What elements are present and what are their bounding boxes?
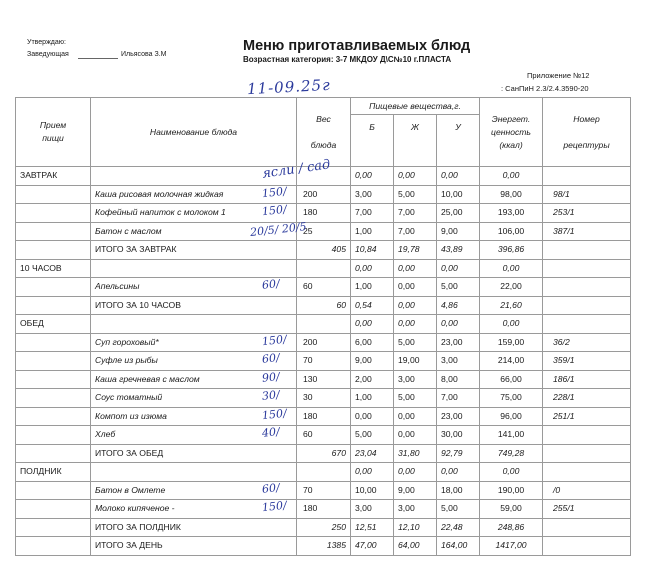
recipe-cell [543,315,631,334]
sanpin-label: : СанПиН 2.3/2.4.3590-20 [501,84,589,93]
table-row: Батон в Омлете7010,009,0018,00190,00/0 [16,481,631,500]
weight-cell: 130 [297,370,351,389]
carbs-cell: 9,00 [437,222,480,241]
header-fat: Ж [394,115,437,167]
weight-cell: 670 [297,444,351,463]
fat-cell: 0,00 [394,296,437,315]
carbs-cell: 164,00 [437,537,480,556]
meal-cell [16,426,91,445]
protein-cell: 2,00 [351,370,394,389]
protein-cell: 47,00 [351,537,394,556]
recipe-cell: /0 [543,481,631,500]
handwritten-portion-note: 60/ [261,481,280,496]
carbs-cell: 23,00 [437,407,480,426]
protein-cell: 10,84 [351,241,394,260]
meal-cell: 10 ЧАСОВ [16,259,91,278]
table-row: Молоко кипяченое -1803,003,005,0059,0025… [16,500,631,519]
fat-cell: 3,00 [394,500,437,519]
fat-cell: 0,00 [394,259,437,278]
meal-cell [16,370,91,389]
handwritten-portion-note: 60/ [261,277,280,292]
energy-cell: 749,28 [480,444,543,463]
meal-cell [16,352,91,371]
weight-cell [297,463,351,482]
carbs-cell: 0,00 [437,463,480,482]
protein-cell: 23,04 [351,444,394,463]
carbs-cell: 3,00 [437,352,480,371]
fat-cell: 0,00 [394,426,437,445]
recipe-cell: 228/1 [543,389,631,408]
handwritten-portion-note: 30/ [261,388,280,403]
fat-cell: 9,00 [394,481,437,500]
recipe-cell [543,241,631,260]
protein-cell: 0,54 [351,296,394,315]
energy-cell: 98,00 [480,185,543,204]
table-row: Соус томатный301,005,007,0075,00228/1 [16,389,631,408]
carbs-cell: 8,00 [437,370,480,389]
carbs-cell: 4,86 [437,296,480,315]
header-weight: Вес блюда [297,98,351,167]
meal-cell: ЗАВТРАК [16,167,91,186]
approval-label: Утверждаю: [27,39,66,46]
energy-cell: 396,86 [480,241,543,260]
meal-cell [16,241,91,260]
section-row: 10 ЧАСОВ0,000,000,000,00 [16,259,631,278]
recipe-cell [543,444,631,463]
header-recipe: Номер рецептуры [543,98,631,167]
recipe-cell: 253/1 [543,204,631,223]
recipe-cell: 251/1 [543,407,631,426]
table-row: Компот из изюма1800,000,0023,0096,00251/… [16,407,631,426]
energy-cell: 0,00 [480,167,543,186]
recipe-cell: 255/1 [543,500,631,519]
handwritten-portion-note: 150/ [261,333,287,349]
energy-cell: 22,00 [480,278,543,297]
table-row: Каша гречневая с маслом1302,003,008,0066… [16,370,631,389]
handwritten-portion-note: 150/ [261,407,287,423]
fat-cell: 3,00 [394,370,437,389]
meal-cell [16,518,91,537]
header-protein: Б [351,115,394,167]
section-row: ПОЛДНИК0,000,000,000,00 [16,463,631,482]
total-row: ИТОГО ЗА 10 ЧАСОВ600,540,004,8621,60 [16,296,631,315]
document-title: Меню приготавливаемых блюд [243,38,470,54]
handwritten-portion-note: 90/ [261,370,280,385]
header-meal: Прием пищи [16,98,91,167]
protein-cell: 3,00 [351,185,394,204]
protein-cell: 1,00 [351,222,394,241]
energy-cell: 0,00 [480,315,543,334]
weight-cell: 180 [297,500,351,519]
energy-cell: 21,60 [480,296,543,315]
fat-cell: 7,00 [394,204,437,223]
header-nutrients: Пищевые вещества,г. [351,98,480,115]
energy-cell: 96,00 [480,407,543,426]
handwritten-portion-note: 40/ [261,425,280,440]
meal-cell [16,481,91,500]
carbs-cell: 7,00 [437,389,480,408]
fat-cell: 0,00 [394,278,437,297]
dish-name-cell: ИТОГО ЗА 10 ЧАСОВ [91,296,297,315]
fat-cell: 0,00 [394,407,437,426]
fat-cell: 0,00 [394,167,437,186]
weight-cell: 30 [297,389,351,408]
energy-cell: 214,00 [480,352,543,371]
carbs-cell: 18,00 [437,481,480,500]
energy-cell: 66,00 [480,370,543,389]
protein-cell: 0,00 [351,407,394,426]
table-row: Суп гороховый*2006,005,0023,00159,0036/2 [16,333,631,352]
weight-cell: 60 [297,296,351,315]
protein-cell: 6,00 [351,333,394,352]
recipe-cell [543,296,631,315]
weight-cell: 70 [297,481,351,500]
weight-cell: 405 [297,241,351,260]
total-row: ИТОГО ЗА ПОЛДНИК25012,5112,1022,48248,86 [16,518,631,537]
protein-cell: 0,00 [351,463,394,482]
fat-cell: 0,00 [394,463,437,482]
document-subtitle: Возрастная категория: 3-7 МКДОУ Д\С№10 г… [243,55,451,64]
carbs-cell: 43,89 [437,241,480,260]
protein-cell: 0,00 [351,259,394,278]
appendix-label: Приложение №12 [527,71,589,80]
energy-cell: 248,86 [480,518,543,537]
head-name: Ильясова З.М [121,51,167,58]
meal-cell [16,537,91,556]
header-dish: Наименование блюда [91,98,297,167]
protein-cell: 1,00 [351,278,394,297]
carbs-cell: 5,00 [437,278,480,297]
signature-line [78,58,118,59]
carbs-cell: 0,00 [437,259,480,278]
meal-cell [16,407,91,426]
energy-cell: 193,00 [480,204,543,223]
protein-cell: 3,00 [351,500,394,519]
carbs-cell: 0,00 [437,315,480,334]
meal-cell [16,204,91,223]
carbs-cell: 25,00 [437,204,480,223]
weight-cell: 60 [297,426,351,445]
total-row: ИТОГО ЗА ОБЕД67023,0431,8092,79749,28 [16,444,631,463]
energy-cell: 141,00 [480,426,543,445]
recipe-cell: 98/1 [543,185,631,204]
meal-cell [16,222,91,241]
weight-cell: 60 [297,278,351,297]
fat-cell: 19,78 [394,241,437,260]
dish-name-cell: ИТОГО ЗА ПОЛДНИК [91,518,297,537]
protein-cell: 1,00 [351,389,394,408]
protein-cell: 7,00 [351,204,394,223]
energy-cell: 190,00 [480,481,543,500]
protein-cell: 9,00 [351,352,394,371]
meal-cell [16,389,91,408]
energy-cell: 0,00 [480,259,543,278]
meal-cell [16,185,91,204]
weight-cell: 200 [297,185,351,204]
weight-cell: 1385 [297,537,351,556]
recipe-cell: 387/1 [543,222,631,241]
meal-cell [16,333,91,352]
header-energy: Энергет. ценность (ккал) [480,98,543,167]
recipe-cell [543,259,631,278]
meal-cell: ПОЛДНИК [16,463,91,482]
weight-cell [297,259,351,278]
energy-cell: 75,00 [480,389,543,408]
weight-cell: 70 [297,352,351,371]
weight-cell: 250 [297,518,351,537]
fat-cell: 5,00 [394,333,437,352]
meal-cell: ОБЕД [16,315,91,334]
protein-cell: 10,00 [351,481,394,500]
handwritten-portion-note: 60/ [261,351,280,366]
energy-cell: 59,00 [480,500,543,519]
protein-cell: 5,00 [351,426,394,445]
weight-cell [297,315,351,334]
meal-cell [16,296,91,315]
recipe-cell [543,537,631,556]
energy-cell: 0,00 [480,463,543,482]
carbs-cell: 23,00 [437,333,480,352]
table-row: Хлеб605,000,0030,00141,00 [16,426,631,445]
dish-name-cell [91,259,297,278]
total-row: ИТОГО ЗА ДЕНЬ138547,0064,00164,001417,00 [16,537,631,556]
dish-name-cell: ИТОГО ЗА ЗАВТРАК [91,241,297,260]
recipe-cell [543,278,631,297]
fat-cell: 31,80 [394,444,437,463]
table-row: Каша рисовая молочная жидкая2003,005,001… [16,185,631,204]
energy-cell: 159,00 [480,333,543,352]
dish-name-cell [91,315,297,334]
meal-cell [16,278,91,297]
fat-cell: 64,00 [394,537,437,556]
fat-cell: 5,00 [394,185,437,204]
head-role: Заведующая [27,51,69,58]
meal-cell [16,500,91,519]
carbs-cell: 30,00 [437,426,480,445]
recipe-cell [543,463,631,482]
handwritten-portion-note: 150/ [261,203,287,219]
dish-name-cell [91,463,297,482]
dish-name-cell: ИТОГО ЗА ОБЕД [91,444,297,463]
table-row: Суфле из рыбы709,0019,003,00214,00359/1 [16,352,631,371]
table-row: Кофейный напиток с молоком 11807,007,002… [16,204,631,223]
meal-cell [16,444,91,463]
fat-cell: 7,00 [394,222,437,241]
header-carbs: У [437,115,480,167]
weight-cell: 180 [297,407,351,426]
fat-cell: 5,00 [394,389,437,408]
fat-cell: 19,00 [394,352,437,371]
protein-cell: 0,00 [351,315,394,334]
carbs-cell: 5,00 [437,500,480,519]
weight-cell: 200 [297,333,351,352]
handwritten-date: 11-09.25г [247,76,332,98]
section-row: ОБЕД0,000,000,000,00 [16,315,631,334]
carbs-cell: 22,48 [437,518,480,537]
protein-cell: 0,00 [351,167,394,186]
recipe-cell: 36/2 [543,333,631,352]
recipe-cell [543,167,631,186]
recipe-cell: 359/1 [543,352,631,371]
energy-cell: 106,00 [480,222,543,241]
recipe-cell [543,518,631,537]
dish-name-cell: ИТОГО ЗА ДЕНЬ [91,537,297,556]
energy-cell: 1417,00 [480,537,543,556]
carbs-cell: 10,00 [437,185,480,204]
fat-cell: 12,10 [394,518,437,537]
recipe-cell: 186/1 [543,370,631,389]
carbs-cell: 0,00 [437,167,480,186]
table-row: Апельсины601,000,005,0022,00 [16,278,631,297]
carbs-cell: 92,79 [437,444,480,463]
total-row: ИТОГО ЗА ЗАВТРАК40510,8419,7843,89396,86 [16,241,631,260]
fat-cell: 0,00 [394,315,437,334]
handwritten-portion-note: 150/ [261,499,287,515]
menu-body: ЗАВТРАК0,000,000,000,00Каша рисовая моло… [16,167,631,556]
recipe-cell [543,426,631,445]
table-row: Батон с маслом251,007,009,00106,00387/1 [16,222,631,241]
handwritten-portion-note: 150/ [261,185,287,201]
protein-cell: 12,51 [351,518,394,537]
